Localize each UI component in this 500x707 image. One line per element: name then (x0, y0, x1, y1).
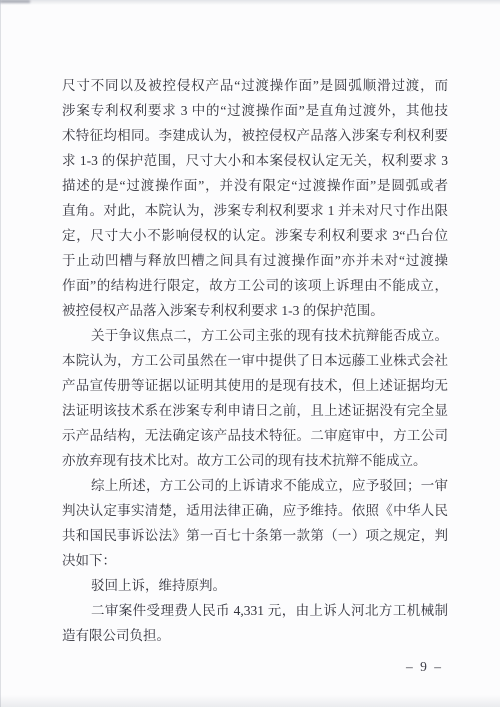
text-line: 驳回上诉，维持原判。 (62, 573, 448, 598)
text-line: 于止动凹槽与释放凹槽之间具有过渡操作面”亦并未对“过渡操 (62, 248, 448, 273)
text-line: 直角。对此，本院认为，涉案专利权利要求 1 并未对尺寸作出限 (62, 198, 448, 223)
text-line: 综上所述，方工公司的上诉请求不能成立，应予驳回；一审 (62, 473, 448, 498)
scan-artifact-left-edge (0, 0, 1, 707)
text-line: 本院认为，方工公司虽然在一审中提供了日本远藤工业株式会社 (62, 348, 448, 373)
scan-artifact-top-edge (0, 0, 500, 5)
text-line: 共和国民事诉讼法》第一百七十条第一款第（一）项之规定，判 (62, 523, 448, 548)
text-line: 造有限公司负担。 (62, 623, 448, 648)
text-line: 二审案件受理费人民币 4,331 元，由上诉人河北方工机械制 (62, 598, 448, 623)
text-line: 被控侵权产品落入涉案专利权利要求 1-3 的保护范围。 (62, 298, 448, 323)
text-line: 法证明该技术系在涉案专利申请日之前，且上述证据没有完全显 (62, 398, 448, 423)
text-line: 决如下： (62, 548, 448, 573)
text-line: 涉案专利权利要求 3 中的“过渡操作面”是直角过渡外，其他技 (62, 98, 448, 123)
text-line: 关于争议焦点二，方工公司主张的现有技术抗辩能否成立。 (62, 323, 448, 348)
document-page: 尺寸不同以及被控侵权产品“过渡操作面”是圆弧顺滑过渡，而涉案专利权利要求 3 中… (0, 0, 500, 707)
text-line: 示产品结构，无法确定该产品技术特征。二审庭审中，方工公司 (62, 423, 448, 448)
text-line: 产品宣传册等证据以证明其使用的是现有技术，但上述证据均无 (62, 373, 448, 398)
text-line: 亦放弃现有技术比对。故方工公司的现有技术抗辩不能成立。 (62, 448, 448, 473)
page-number: – 9 – (406, 657, 443, 677)
text-line: 作面”的结构进行限定，故方工公司的该项上诉理由不能成立， (62, 273, 448, 298)
text-line: 判决认定事实清楚，适用法律正确，应予维持。依照《中华人民 (62, 498, 448, 523)
text-line: 定，尺寸大小不影响侵权的认定。涉案专利权利要求 3“凸台位 (62, 223, 448, 248)
text-line: 术特征均相同。李建成认为，被控侵权产品落入涉案专利权利要 (62, 123, 448, 148)
text-line: 尺寸不同以及被控侵权产品“过渡操作面”是圆弧顺滑过渡，而 (62, 73, 448, 98)
document-body: 尺寸不同以及被控侵权产品“过渡操作面”是圆弧顺滑过渡，而涉案专利权利要求 3 中… (62, 73, 448, 648)
scan-artifact-bottom-edge (0, 695, 500, 707)
text-line: 求 1-3 的保护范围，尺寸大小和本案侵权认定无关，权利要求 3 (62, 148, 448, 173)
text-line: 描述的是“过渡操作面”，并没有限定“过渡操作面”是圆弧或者 (62, 173, 448, 198)
